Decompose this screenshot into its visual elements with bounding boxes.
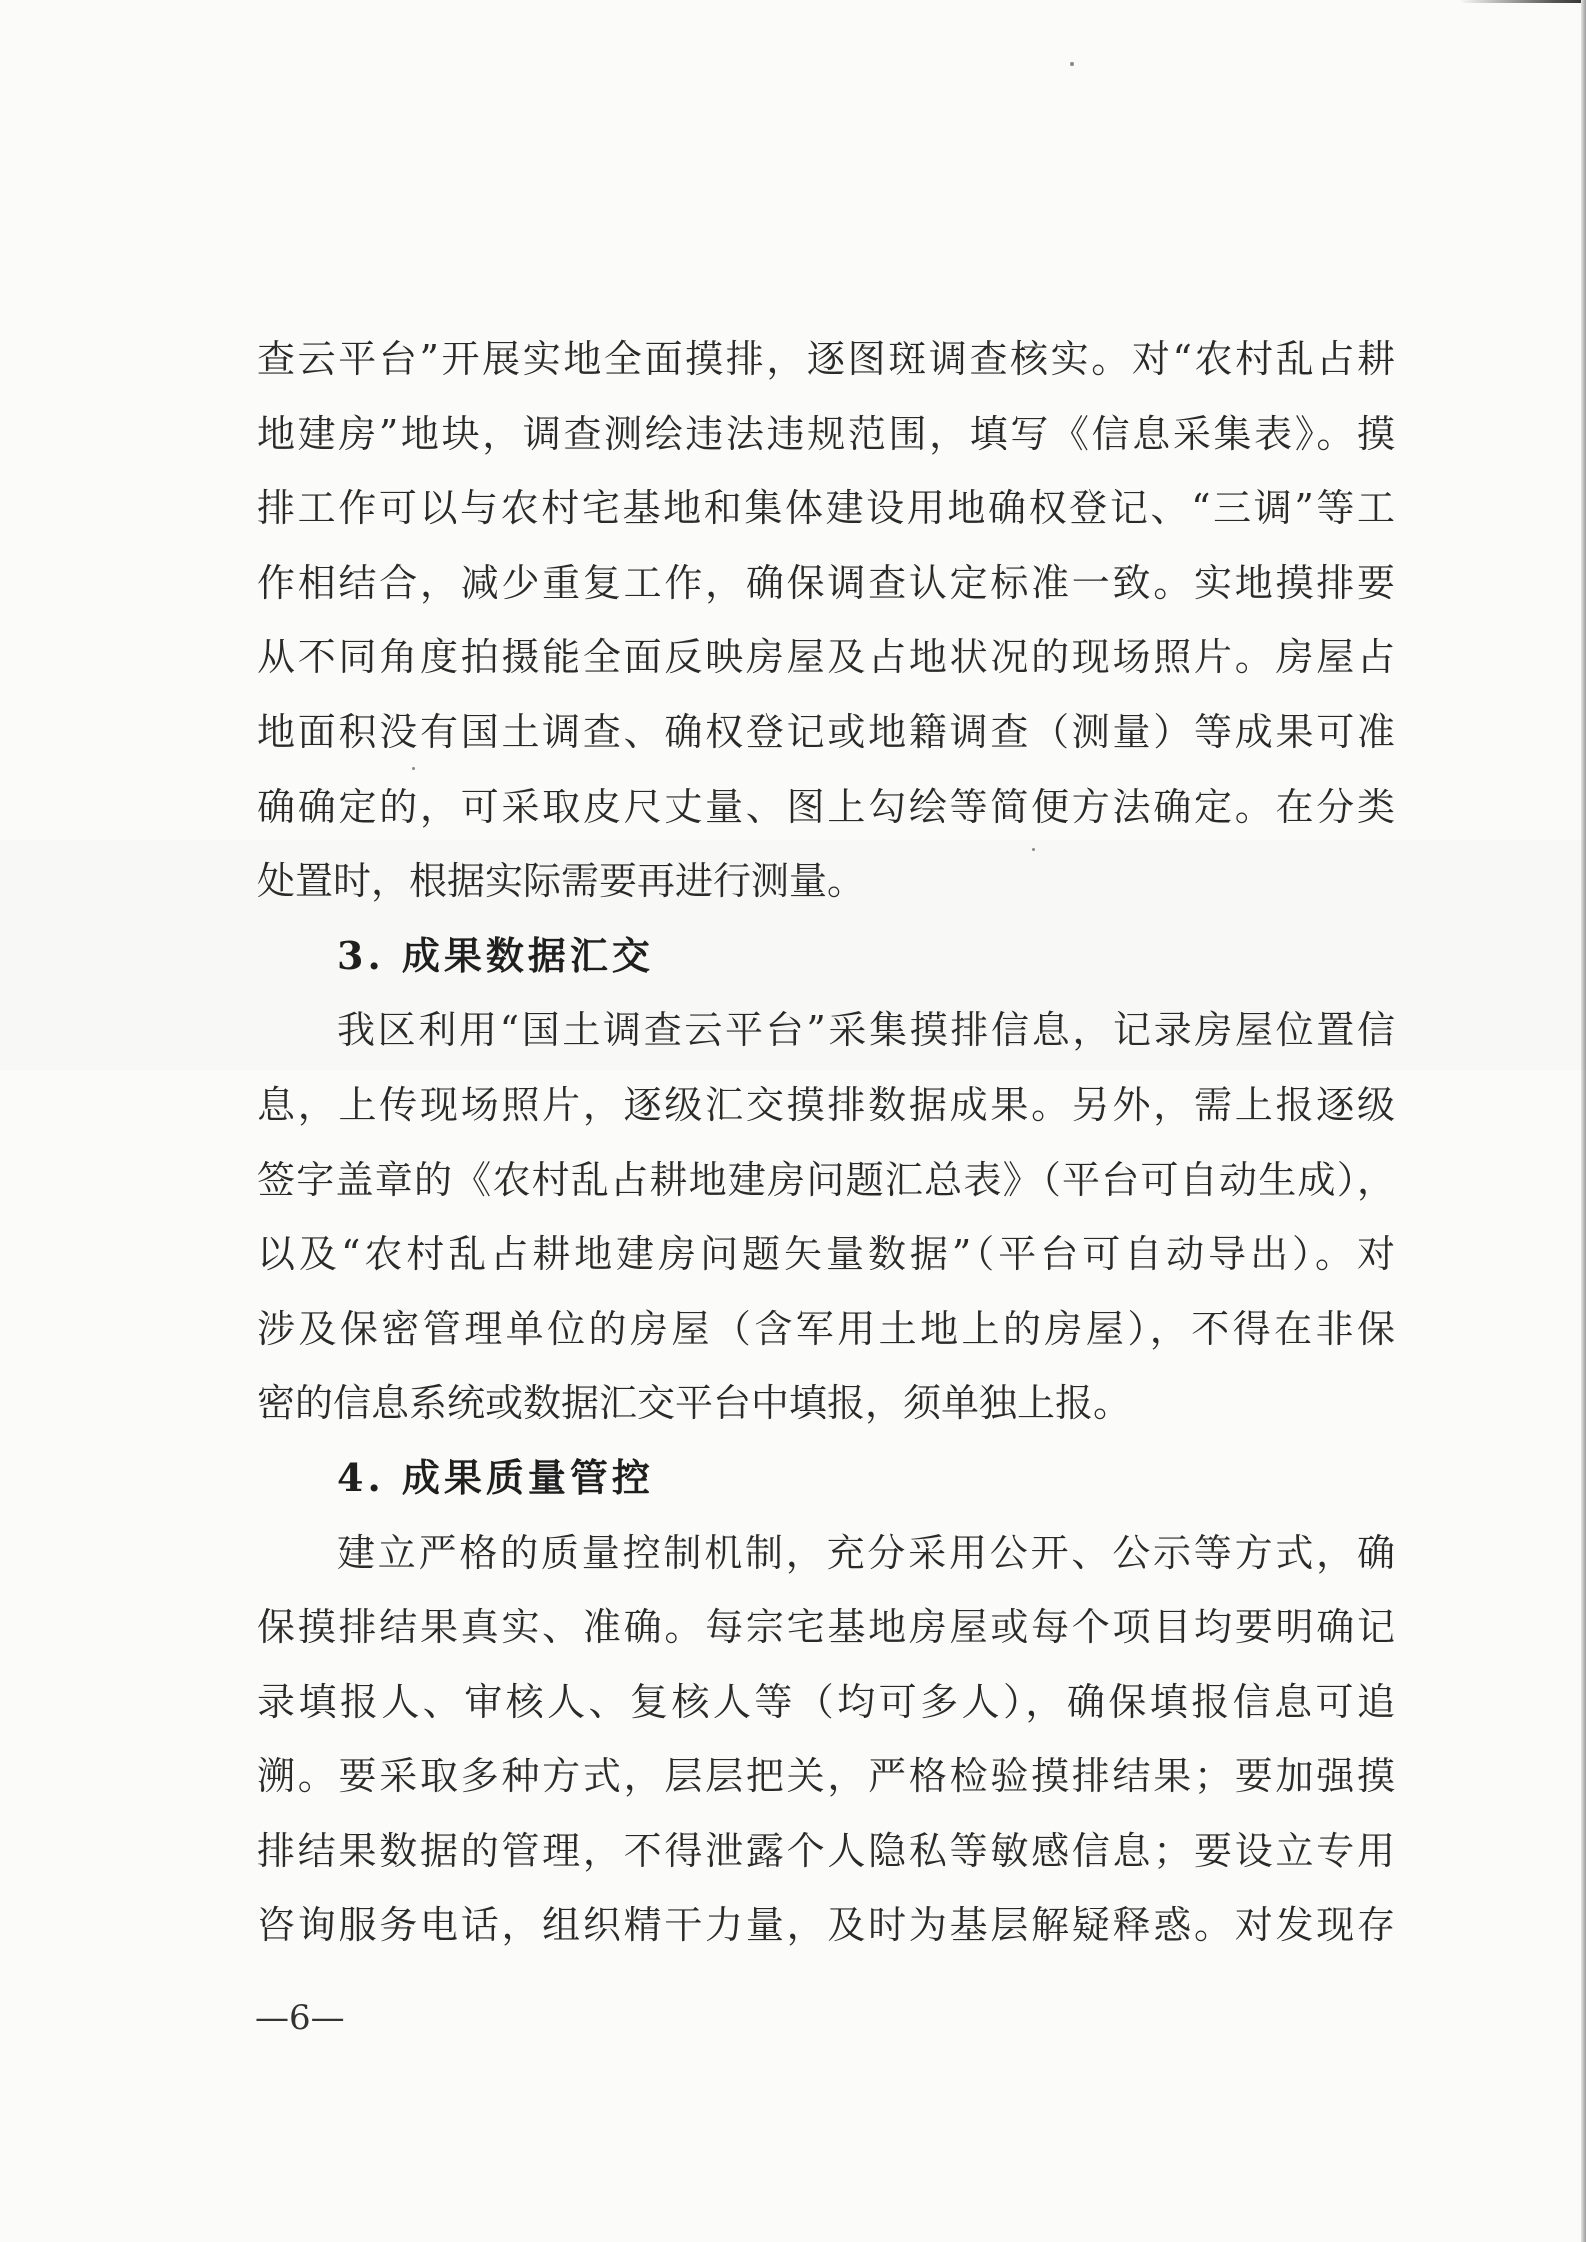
section-heading-4: 4. 成果质量管控 — [337, 1455, 654, 1501]
text-line: 确确定的，可采取皮尺丈量、图上勾绘等简便方法确定。在分类 — [257, 784, 1395, 830]
text-line: 保摸排结果真实、准确。每宗宅基地房屋或每个项目均要明确记 — [257, 1604, 1395, 1650]
text-line: 地建房”地块，调查测绘违法违规范围，填写《信息采集表》。摸 — [257, 411, 1395, 457]
text-line: 息，上传现场照片，逐级汇交摸排数据成果。另外，需上报逐级 — [257, 1082, 1395, 1128]
text-line: 签字盖章的《农村乱占耕地建房问题汇总表》（平台可自动生成）， — [257, 1157, 1395, 1203]
text-line: 排工作可以与农村宅基地和集体建设用地确权登记、“三调”等工 — [257, 485, 1395, 531]
section-heading-3: 3. 成果数据汇交 — [337, 933, 654, 979]
text-line: 查云平台”开展实地全面摸排，逐图斑调查核实。对“农村乱占耕 — [257, 336, 1395, 382]
text-line: 咨询服务电话，组织精干力量，及时为基层解疑释惑。对发现存 — [257, 1902, 1395, 1948]
text-line: 我区利用“国土调查云平台”采集摸排信息，记录房屋位置信 — [337, 1007, 1395, 1053]
page-number: —6— — [255, 1998, 345, 2038]
text-line: 作相结合，减少重复工作，确保调查认定标准一致。实地摸排要 — [257, 560, 1395, 606]
scan-speck — [412, 767, 415, 770]
text-line: 溯。要采取多种方式，层层把关，严格检验摸排结果；要加强摸 — [257, 1753, 1395, 1799]
text-line: 建立严格的质量控制机制，充分采用公开、公示等方式，确 — [337, 1530, 1395, 1576]
text-line: 地面积没有国土调查、确权登记或地籍调查（测量）等成果可准 — [257, 709, 1395, 755]
scan-speck — [1032, 848, 1035, 851]
text-line: 从不同角度拍摄能全面反映房屋及占地状况的现场照片。房屋占 — [257, 634, 1395, 680]
scan-right-edge — [1581, 0, 1586, 2242]
text-line: 处置时，根据实际需要再进行测量。 — [257, 858, 1395, 904]
text-line: 排结果数据的管理，不得泄露个人隐私等敏感信息；要设立专用 — [257, 1828, 1395, 1874]
text-line: 涉及保密管理单位的房屋（含军用土地上的房屋），不得在非保 — [257, 1306, 1395, 1352]
text-line: 以及“农村乱占耕地建房问题矢量数据”（平台可自动导出）。对 — [257, 1231, 1395, 1277]
text-line: 录填报人、审核人、复核人等（均可多人），确保填报信息可追 — [257, 1679, 1395, 1725]
text-line: 密的信息系统或数据汇交平台中填报，须单独上报。 — [257, 1380, 1395, 1426]
scan-speck — [1070, 62, 1074, 66]
scan-top-edge — [0, 0, 1586, 3]
